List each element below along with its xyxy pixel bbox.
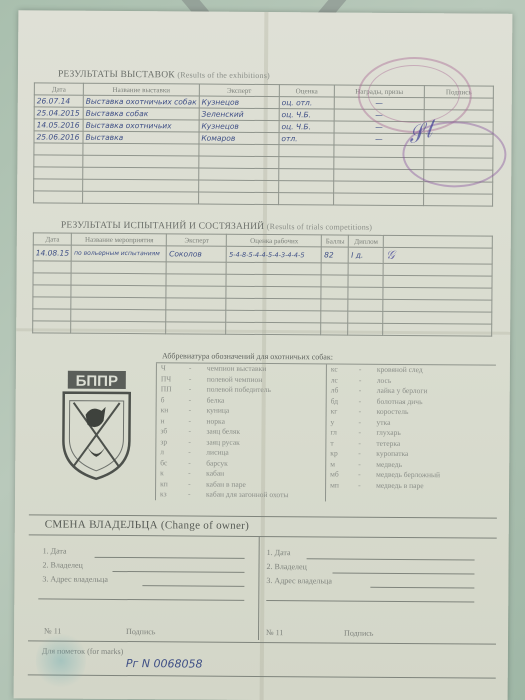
- svg-text:БППР: БППР: [76, 373, 118, 390]
- right-owner-field[interactable]: [332, 572, 474, 574]
- left-date-field[interactable]: [95, 557, 245, 559]
- col-scores: Оценка рабочих: [227, 234, 322, 247]
- left-owner-label: 2. Владелец: [43, 560, 83, 569]
- right-date-field[interactable]: [307, 558, 475, 560]
- col-event: Название мероприятия: [72, 233, 167, 246]
- col-points: Баллы: [322, 235, 349, 247]
- abbreviations-right: кс-кровяной след лс-лось лб-лайка у берл…: [325, 364, 496, 502]
- col-date: Дата: [34, 83, 83, 95]
- right-date-label: 1. Дата: [267, 548, 291, 557]
- exhibitions-title: РЕЗУЛЬТАТЫ ВЫСТАВОК (Results of the exhi…: [58, 70, 270, 81]
- marks-value: Рг N 0068058: [126, 657, 203, 671]
- stamp-icon: [368, 65, 460, 124]
- right-owner-label: 2. Владелец: [266, 562, 306, 571]
- col-grade: Оценка: [279, 85, 334, 97]
- trials-table: Дата Название мероприятия Эксперт Оценка…: [32, 232, 493, 336]
- right-signature-label: Подпись: [344, 629, 373, 638]
- col-diploma: Диплом: [349, 235, 384, 247]
- document-page: РЕЗУЛЬТАТЫ ВЫСТАВОК (Results of the exhi…: [14, 10, 513, 700]
- owner-change-title: СМЕНА ВЛАДЕЛЬЦА (Change of owner): [45, 518, 249, 531]
- col-date: Дата: [33, 233, 71, 245]
- col-name: Название выставки: [83, 83, 199, 96]
- abbreviations-legend: Аббревиатура обозначений для охотничьих …: [155, 351, 496, 502]
- right-address-field[interactable]: [370, 587, 474, 589]
- col-expert: Эксперт: [167, 234, 227, 246]
- trials-title: РЕЗУЛЬТАТЫ ИСПЫТАНИЙ И СОСТЯЗАНИЙ (Resul…: [61, 221, 372, 233]
- abbreviations-title: Аббревиатура обозначений для охотничьих …: [162, 351, 496, 362]
- col-expert: Эксперт: [199, 84, 279, 97]
- left-address-label: 3. Адрес владельца: [42, 574, 108, 583]
- left-owner-field[interactable]: [112, 571, 244, 573]
- club-logo: БППР: [57, 371, 136, 482]
- abbreviations-left: Ч-чемпион выставки ПЧ-полевой чемпион ПП…: [155, 363, 326, 501]
- right-number-label: № 11: [266, 628, 283, 637]
- stamp-icon: [36, 630, 86, 690]
- left-signature-label: Подпись: [126, 627, 155, 636]
- signature-icon: 𝒢: [384, 247, 493, 264]
- left-address-field[interactable]: [142, 585, 244, 587]
- right-address-label: 3. Адрес владельца: [266, 576, 332, 585]
- left-date-label: 1. Дата: [43, 546, 67, 555]
